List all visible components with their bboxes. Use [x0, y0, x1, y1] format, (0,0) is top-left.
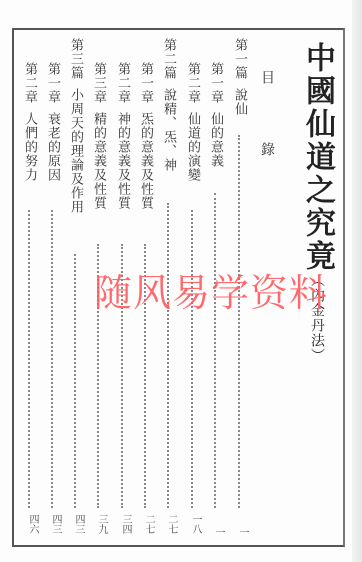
toc-entry-title: 說精、炁、神	[161, 88, 176, 172]
toc-page-number: 一	[208, 527, 224, 537]
dotted-leader	[191, 210, 193, 508]
toc-entry[interactable]: 第一篇說仙	[231, 38, 247, 116]
toc-page-number: 三九	[91, 514, 107, 534]
toc-page-number: 二七	[161, 514, 177, 534]
toc-entry-title: 衰老的原因	[45, 112, 60, 182]
toc-entry-number: 第一章	[45, 62, 60, 104]
book-title-text: 中國仙道之究竟	[300, 42, 335, 273]
toc-heading: 目 錄	[257, 70, 277, 178]
dotted-leader	[51, 210, 53, 508]
toc-entry-number: 第一章	[138, 62, 153, 104]
toc-entry[interactable]: 第二章仙道的演變	[184, 62, 200, 182]
toc-entry-number: 第二章	[22, 62, 37, 104]
toc-entry[interactable]: 第二章神的意義及性質	[114, 62, 130, 210]
toc-page-number: 二七	[138, 514, 154, 534]
toc-entry-title: 仙道的演變	[185, 112, 200, 182]
toc-entry-number: 第二章	[185, 62, 200, 104]
toc-page-number: 四三	[45, 514, 61, 534]
toc-entry[interactable]: 第三篇小周天的理論及作用	[67, 38, 83, 214]
toc-entry-number: 第三篇	[68, 38, 83, 80]
toc-page-number: 四三	[68, 514, 84, 534]
toc-entry-title: 說仙	[232, 88, 247, 116]
toc-entry[interactable]: 第一章仙的意義	[207, 62, 223, 168]
dotted-leader	[28, 210, 30, 508]
toc-entry-title: 人們的努力	[22, 112, 37, 182]
toc-entry[interactable]: 第一章炁的意義及性質	[137, 62, 153, 210]
toc-entry-number: 第一篇	[232, 38, 247, 80]
toc-page-number: 四六	[22, 514, 38, 534]
toc-entry-title: 仙的意義	[208, 112, 223, 168]
toc-page-number: 一	[232, 527, 248, 537]
page-edge-shadow	[352, 0, 362, 562]
dotted-leader	[214, 193, 216, 508]
toc-entry-title: 炁的意義及性質	[138, 112, 153, 210]
dotted-leader	[167, 203, 169, 508]
toc-page-number: 三四	[115, 514, 131, 534]
toc-entry-number: 第二篇	[161, 38, 176, 80]
watermark: 随风易学资料	[94, 262, 328, 317]
toc-entry-number: 第二章	[115, 62, 130, 104]
toc-entry[interactable]: 第二章人們的努力	[21, 62, 37, 182]
toc-entry-title: 小周天的理論及作用	[68, 88, 83, 214]
toc-entry-title: 神的意義及性質	[115, 112, 130, 210]
toc-entry-number: 第三章	[91, 62, 106, 104]
toc-entry-number: 第一章	[208, 62, 223, 104]
toc-entry[interactable]: 第二篇說精、炁、神	[160, 38, 176, 172]
toc-page-number: 一八	[185, 514, 201, 534]
toc-entry[interactable]: 第一章衰老的原因	[44, 62, 60, 182]
toc-entry[interactable]: 第三章精的意義及性質	[90, 62, 106, 210]
dotted-leader	[74, 254, 76, 508]
toc-entry-title: 精的意義及性質	[91, 112, 106, 210]
dotted-leader	[238, 135, 240, 508]
